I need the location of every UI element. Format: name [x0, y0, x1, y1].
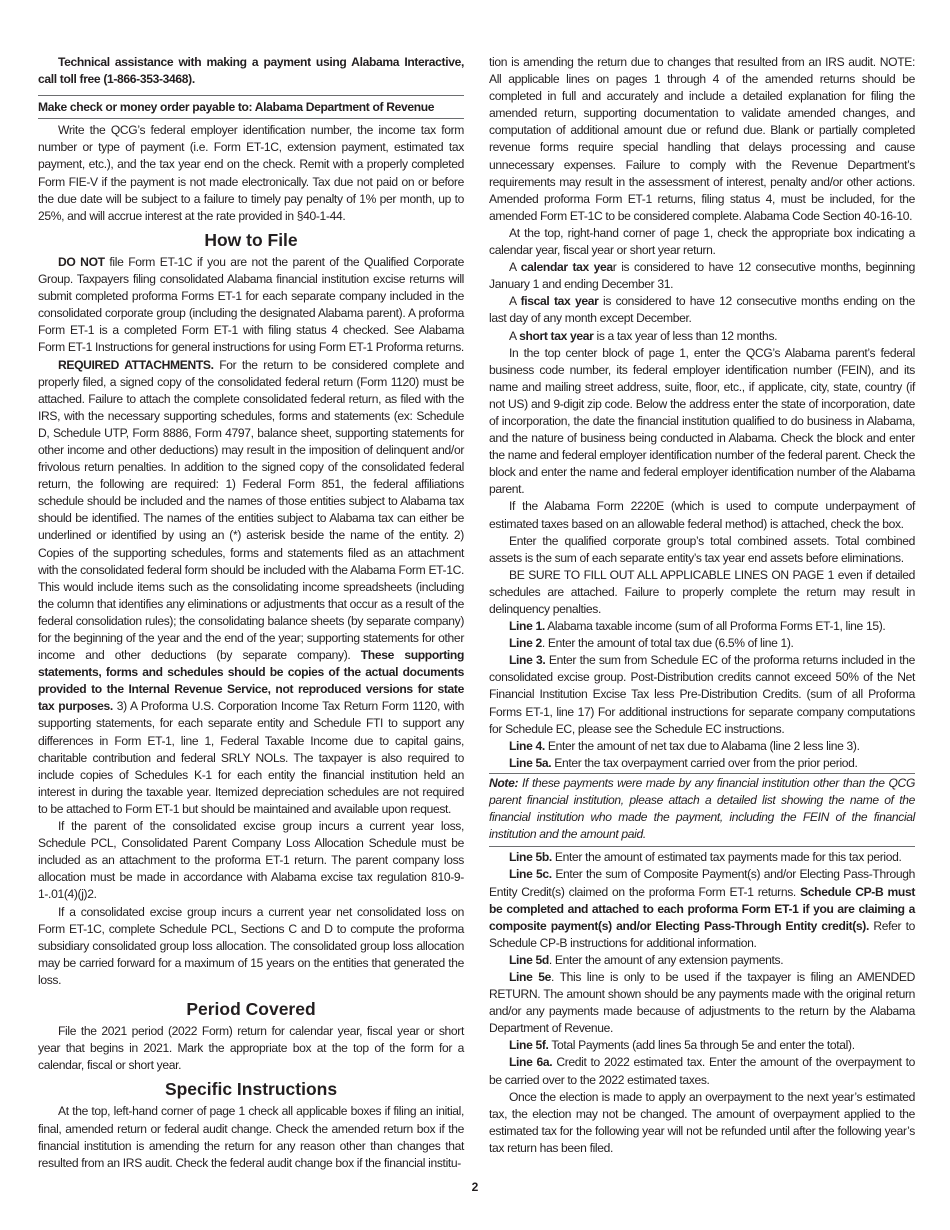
- line-text: Enter the tax overpayment carried over f…: [551, 756, 857, 770]
- required-attachments-text-cont: 3) A Proforma U.S. Corporation Income Ta…: [38, 699, 464, 816]
- payable-instructions: Write the QCG’s federal employer identif…: [38, 122, 464, 225]
- line-label: Line 3.: [509, 653, 545, 667]
- line-text: Credit to 2022 estimated tax. Enter the …: [489, 1055, 915, 1086]
- left-column: Technical assistance with making a payme…: [38, 54, 464, 1172]
- form-2220e-paragraph: If the Alabama Form 2220E (which is used…: [489, 498, 915, 532]
- total-assets-paragraph: Enter the qualified corporate group’s to…: [489, 533, 915, 567]
- top-center-block-paragraph: In the top center block of page 1, enter…: [489, 345, 915, 499]
- line-label: Line 4.: [509, 739, 545, 753]
- line-text: Alabama taxable income (sum of all Profo…: [545, 619, 886, 633]
- section-heading-period-covered: Period Covered: [38, 1001, 464, 1018]
- right-column: tion is amending the return due to chang…: [489, 54, 915, 1172]
- payments-note-box: Note: If these payments were made by any…: [489, 773, 915, 847]
- short-article: A: [509, 329, 519, 343]
- do-not-file-paragraph: DO NOT file Form ET-1C if you are not th…: [38, 254, 464, 357]
- line-6a-instruction: Line 6a. Credit to 2022 estimated tax. E…: [489, 1054, 915, 1088]
- fiscal-tax-year-term: fiscal tax year: [521, 294, 599, 308]
- be-sure-paragraph: BE SURE TO FILL OUT ALL APPLICABLE LINES…: [489, 567, 915, 618]
- section-heading-specific-instructions: Specific Instructions: [38, 1081, 464, 1098]
- amended-return-continued: tion is amending the return due to chang…: [489, 54, 915, 225]
- top-right-corner-paragraph: At the top, right-hand corner of page 1,…: [489, 225, 915, 259]
- line-label: Line 6a.: [509, 1055, 552, 1069]
- line-text: Total Payments (add lines 5a through 5e …: [549, 1038, 855, 1052]
- line-label: Line 5c.: [509, 867, 552, 881]
- line-label: Line 5d: [509, 953, 549, 967]
- consolidated-loss-paragraph: If a consolidated excise group incurs a …: [38, 904, 464, 989]
- line-5d-instruction: Line 5d. Enter the amount of any extensi…: [489, 952, 915, 969]
- section-heading-how-to-file: How to File: [38, 232, 464, 249]
- payable-to-heading: Make check or money order payable to: Al…: [38, 95, 464, 119]
- document-page: Technical assistance with making a payme…: [38, 54, 915, 1172]
- required-attachments-label: REQUIRED ATTACHMENTS.: [58, 358, 214, 372]
- line-label: Line 5f.: [509, 1038, 549, 1052]
- line-text: . Enter the amount of total tax due (6.5…: [542, 636, 794, 650]
- line-3-instruction: Line 3. Enter the sum from Schedule EC o…: [489, 652, 915, 737]
- required-attachments-paragraph: REQUIRED ATTACHMENTS. For the return to …: [38, 357, 464, 819]
- line-text: . Enter the amount of any extension paym…: [549, 953, 783, 967]
- line-label: Line 5e: [509, 970, 551, 984]
- line-label: Line 1.: [509, 619, 545, 633]
- short-tax-year-paragraph: A short tax year is a tax year of less t…: [489, 328, 915, 345]
- line-text: . This line is only to be used if the ta…: [489, 970, 915, 1035]
- line-5c-instruction: Line 5c. Enter the sum of Composite Paym…: [489, 866, 915, 951]
- line-1-instruction: Line 1. Alabama taxable income (sum of a…: [489, 618, 915, 635]
- page-number: 2: [0, 1180, 950, 1194]
- note-label: Note:: [489, 776, 518, 790]
- line-2-instruction: Line 2. Enter the amount of total tax du…: [489, 635, 915, 652]
- fiscal-tax-year-paragraph: A fiscal tax year is considered to have …: [489, 293, 915, 327]
- election-paragraph: Once the election is made to apply an ov…: [489, 1089, 915, 1157]
- required-attachments-text: For the return to be considered complete…: [38, 358, 464, 663]
- calendar-tax-year-paragraph: A calendar tax year is considered to hav…: [489, 259, 915, 293]
- line-text: Enter the sum from Schedule EC of the pr…: [489, 653, 915, 735]
- fiscal-article: A: [509, 294, 521, 308]
- line-label: Line 5a.: [509, 756, 551, 770]
- line-label: Line 5b.: [509, 850, 552, 864]
- period-covered-paragraph: File the 2021 period (2022 Form) return …: [38, 1023, 464, 1074]
- specific-instructions-paragraph: At the top, left-hand corner of page 1 c…: [38, 1103, 464, 1171]
- short-tax-year-term: short tax year: [519, 329, 593, 343]
- line-5f-instruction: Line 5f. Total Payments (add lines 5a th…: [489, 1037, 915, 1054]
- line-5e-instruction: Line 5e. This line is only to be used if…: [489, 969, 915, 1037]
- note-text: If these payments were made by any finan…: [489, 776, 915, 841]
- line-5a-instruction: Line 5a. Enter the tax overpayment carri…: [489, 755, 915, 772]
- calendar-tax-year-term: calendar tax yea: [521, 260, 613, 274]
- parent-loss-paragraph: If the parent of the consolidated excise…: [38, 818, 464, 903]
- line-text: Enter the amount of estimated tax paymen…: [552, 850, 902, 864]
- technical-assistance-note: Technical assistance with making a payme…: [38, 54, 464, 88]
- line-label: Line 2: [509, 636, 542, 650]
- calendar-article: A: [509, 260, 521, 274]
- line-4-instruction: Line 4. Enter the amount of net tax due …: [489, 738, 915, 755]
- do-not-text: file Form ET-1C if you are not the paren…: [38, 255, 464, 354]
- short-tax-year-text: is a tax year of less than 12 months.: [593, 329, 777, 343]
- line-5b-instruction: Line 5b. Enter the amount of estimated t…: [489, 849, 915, 866]
- line-text: Enter the amount of net tax due to Alaba…: [545, 739, 860, 753]
- do-not-label: DO NOT: [58, 255, 105, 269]
